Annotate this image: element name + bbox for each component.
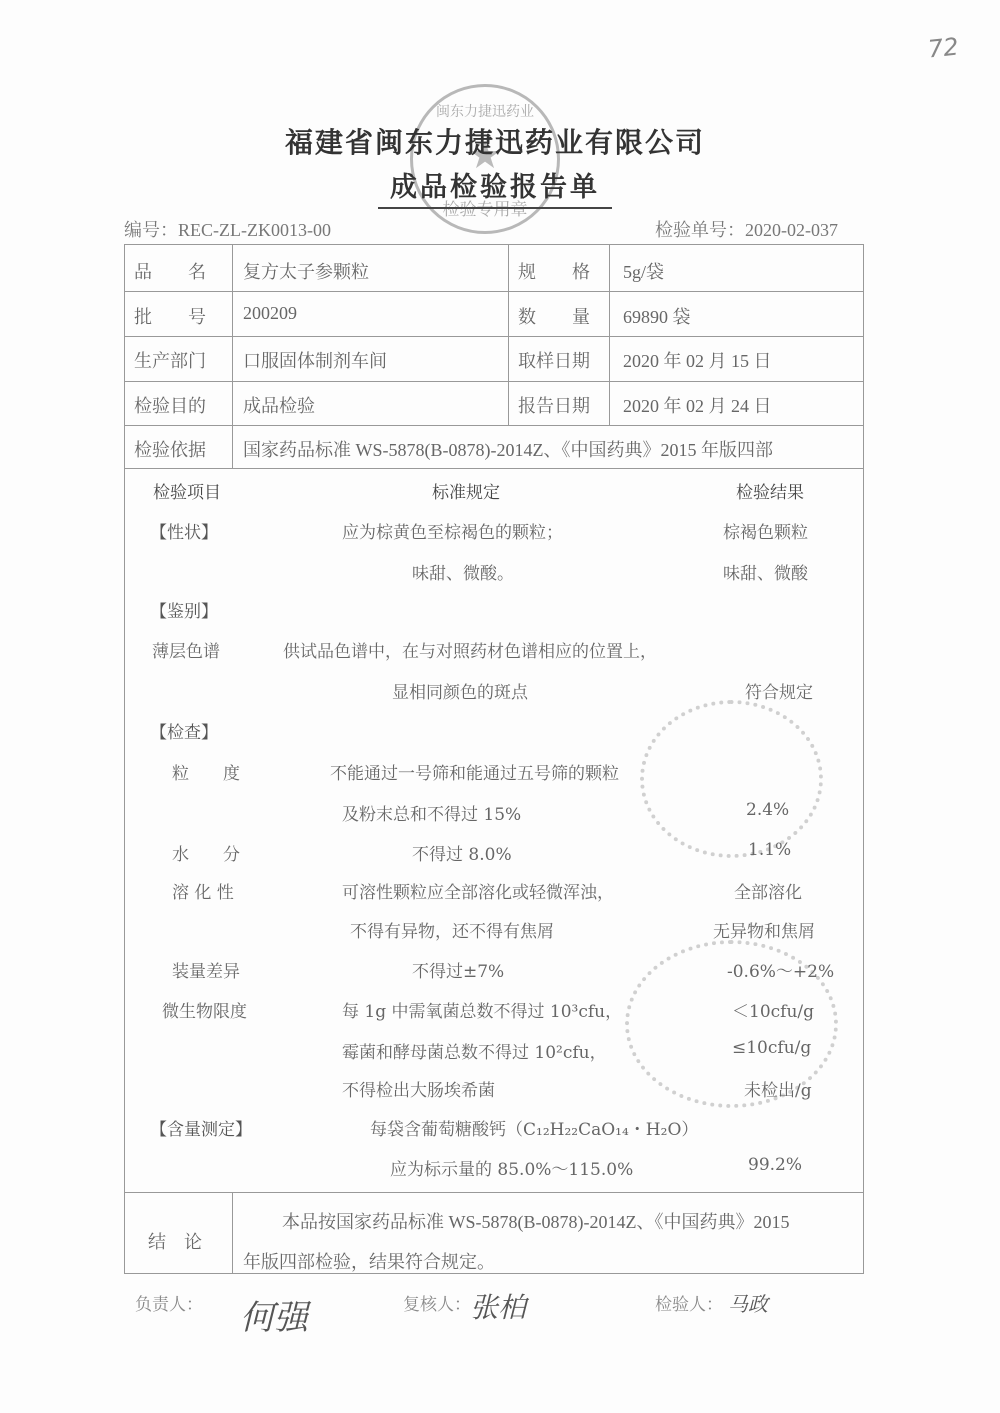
inspection-number: 检验单号：2020-02-037: [655, 216, 838, 242]
col-divider: [232, 1192, 233, 1274]
result-tlc: 符合规定: [745, 678, 813, 703]
result-appearance-1: 棕褐色颗粒: [723, 518, 808, 543]
standard-appearance-2: 味甜、微酸。: [412, 559, 514, 584]
item-microbial: 微生物限度: [162, 997, 247, 1022]
standard-granularity-2: 及粉末总和不得过 15%: [342, 800, 521, 825]
col-divider: [232, 244, 233, 468]
result-assay: 99.2%: [748, 1155, 802, 1175]
standard-solubility-2: 不得有异物，还不得有焦屑: [350, 917, 554, 942]
item-tlc: 薄层色谱: [152, 637, 220, 662]
standard-tlc-1: 供试品色谱中，在与对照药材色谱相应的位置上，: [283, 637, 657, 662]
row-divider: [124, 468, 864, 469]
result-fill-variation: -0.6%～+2%: [727, 957, 834, 982]
result-solubility-2: 无异物和焦屑: [713, 917, 815, 942]
reviewer-label: 复核人：: [403, 1290, 471, 1315]
col-header-standard: 标准规定: [432, 478, 500, 503]
col-divider: [508, 244, 509, 425]
document-title-text: 成品检验报告单: [378, 172, 612, 209]
document-title: 成品检验报告单: [0, 165, 990, 204]
item-assay: 【含量测定】: [150, 1115, 252, 1140]
inspector-signature: 马政: [728, 1288, 768, 1317]
company-name: 福建省闽东力捷迅药业有限公司: [0, 121, 990, 161]
standard-appearance-1: 应为棕黄色至棕褐色的颗粒；: [342, 518, 563, 543]
batch-value: 200209: [243, 303, 297, 324]
standard-assay-1: 每袋含葡萄糖酸钙（C₁₂H₂₂CaO₁₄・H₂O）: [370, 1115, 698, 1140]
conclusion-line-1: 本品按国家药品标准 WS-5878(B-0878)-2014Z、《中国药典》20…: [282, 1208, 789, 1234]
standard-microbial-1: 每 1g 中需氧菌总数不得过 10³cfu，: [342, 997, 622, 1022]
sample-date-label: 取样日期: [518, 347, 590, 373]
standard-microbial-3: 不得检出大肠埃希菌: [342, 1076, 495, 1101]
row-divider: [124, 381, 864, 382]
standard-fill-variation: 不得过±7%: [412, 957, 504, 982]
item-moisture: 水 分: [172, 840, 240, 865]
report-date-label: 报告日期: [518, 392, 590, 418]
row-divider: [124, 425, 864, 426]
basis-value: 国家药品标准 WS-5878(B-0878)-2014Z、《中国药典》2015 …: [243, 436, 773, 462]
result-microbial-2: ≤10cfu/g: [732, 1038, 811, 1058]
product-name-value: 复方太子参颗粒: [243, 258, 369, 284]
reviewer-signature: 张柏: [470, 1286, 526, 1326]
purpose-value: 成品检验: [243, 392, 315, 418]
conclusion-label: 结 论: [148, 1228, 202, 1254]
result-microbial-1: ＜10cfu/g: [732, 997, 814, 1022]
document-code: 编号：REC-ZL-ZK0013-00: [124, 216, 331, 242]
col-header-result: 检验结果: [736, 478, 804, 503]
sample-date-value: 2020 年 02 月 15 日: [623, 347, 772, 373]
standard-granularity-1: 不能通过一号筛和能通过五号筛的颗粒: [330, 759, 619, 784]
result-granularity: 2.4%: [746, 800, 789, 820]
item-granularity: 粒 度: [172, 759, 240, 784]
purpose-label: 检验目的: [134, 392, 206, 418]
dept-label: 生产部门: [134, 347, 206, 373]
quantity-value: 69890 袋: [623, 303, 691, 329]
responsible-label: 负责人：: [135, 1290, 203, 1315]
result-moisture: 1.1%: [748, 840, 791, 860]
page-number: 72: [927, 32, 960, 63]
result-solubility-1: 全部溶化: [734, 878, 802, 903]
result-microbial-3: 未检出/g: [744, 1076, 812, 1101]
item-solubility: 溶 化 性: [172, 878, 234, 903]
basis-label: 检验依据: [134, 436, 206, 462]
spec-value: 5g/袋: [623, 258, 664, 284]
row-divider: [124, 1192, 864, 1193]
conclusion-line-2: 年版四部检验，结果符合规定。: [243, 1248, 495, 1274]
batch-label: 批号: [134, 303, 206, 329]
product-name-label: 品名: [134, 258, 206, 284]
standard-tlc-2: 显相同颜色的斑点: [392, 678, 528, 703]
dept-value: 口服固体制剂车间: [243, 347, 387, 373]
inspector-label: 检验人：: [655, 1290, 723, 1315]
spec-label: 规格: [518, 258, 590, 284]
row-divider: [124, 291, 864, 292]
stamp-arc-text: 闽东力捷迅药业: [413, 101, 557, 121]
quantity-label: 数量: [518, 303, 590, 329]
report-date-value: 2020 年 02 月 24 日: [623, 392, 772, 418]
item-appearance: 【性状】: [150, 518, 218, 543]
standard-solubility-1: 可溶性颗粒应全部溶化或轻微浑浊，: [342, 878, 614, 903]
standard-moisture: 不得过 8.0%: [412, 840, 512, 865]
result-appearance-2: 味甜、微酸: [723, 559, 808, 584]
col-divider: [609, 244, 610, 425]
item-inspection: 【检查】: [150, 718, 218, 743]
row-divider: [124, 336, 864, 337]
item-identification: 【鉴别】: [150, 597, 218, 622]
responsible-signature: 何强: [240, 1290, 308, 1339]
item-fill-variation: 装量差异: [172, 957, 240, 982]
col-header-item: 检验项目: [153, 478, 221, 503]
standard-microbial-2: 霉菌和酵母菌总数不得过 10²cfu，: [342, 1038, 607, 1063]
standard-assay-2: 应为标示量的 85.0%～115.0%: [390, 1155, 633, 1180]
